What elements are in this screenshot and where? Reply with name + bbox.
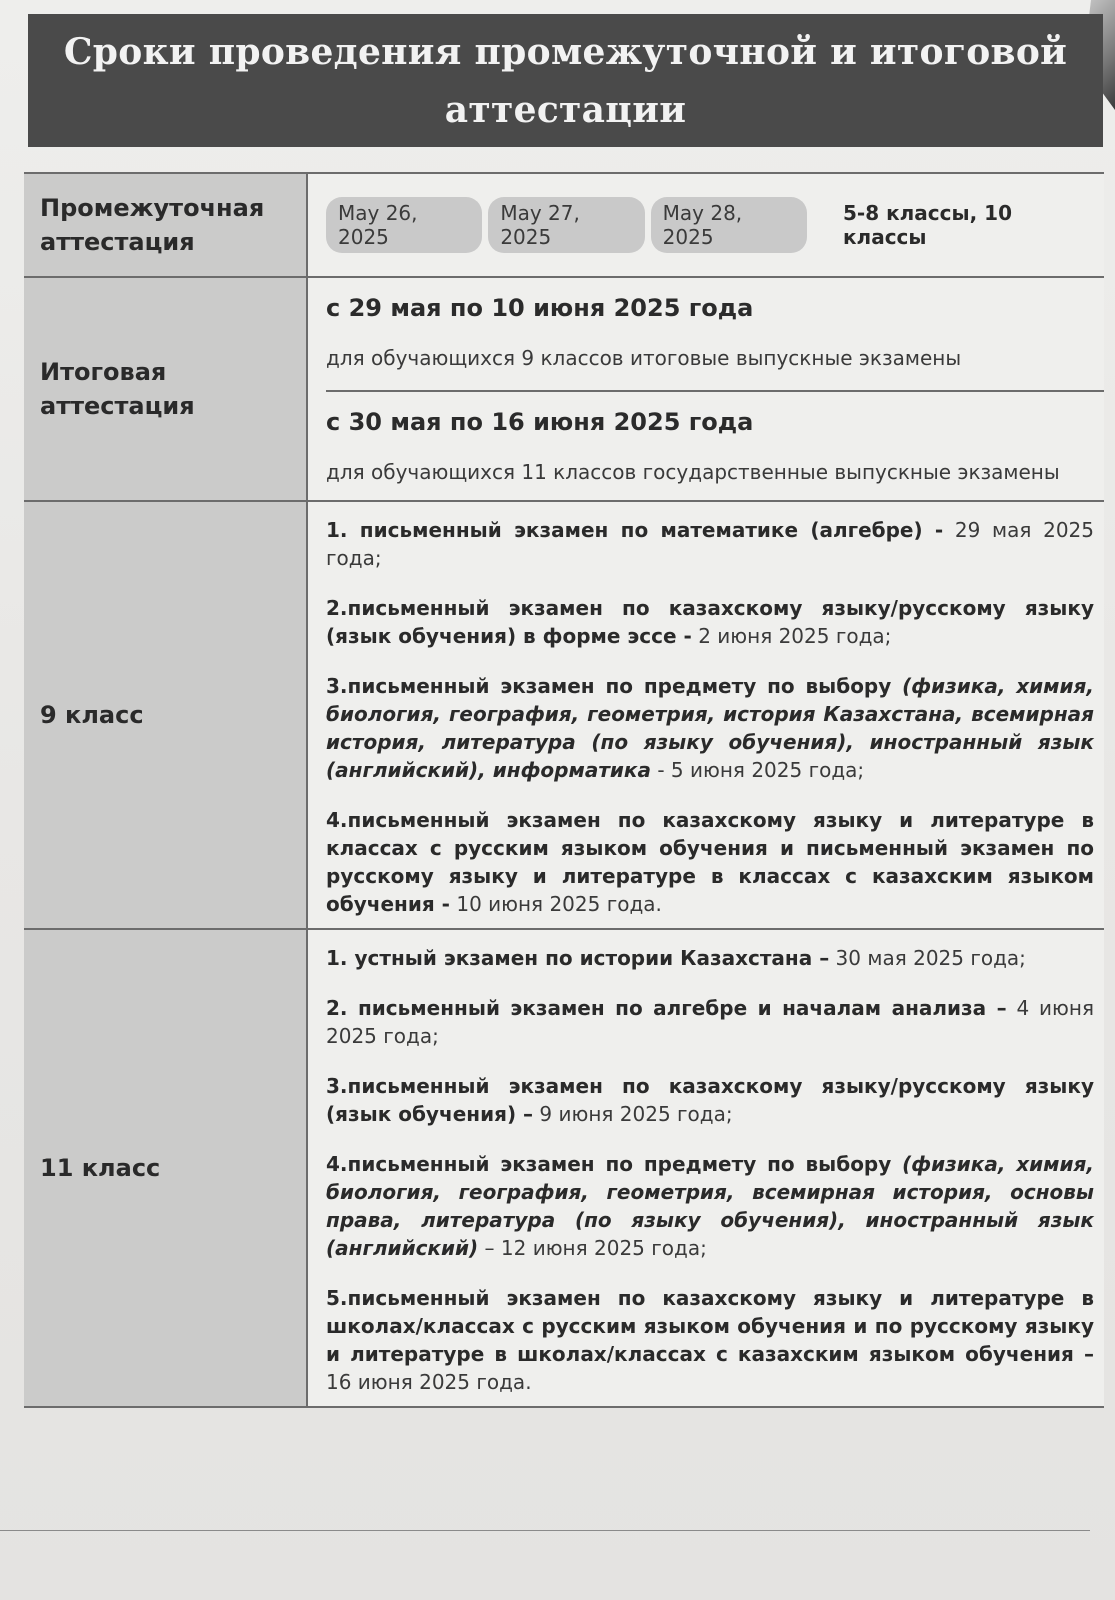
final-block-9: с 29 мая по 10 июня 2025 года для обучаю… (326, 278, 1104, 386)
exam-item: 3.письменный экзамен по предмету по выбо… (326, 672, 1094, 784)
document-page: Сроки проведения промежуточной и итогово… (0, 0, 1115, 1600)
exam-item: 4.письменный экзамен по казахскому языку… (326, 806, 1094, 918)
grade9-label: 9 класс (24, 501, 307, 929)
final-description: для обучающихся 11 классов государственн… (326, 460, 1104, 484)
table-row-final: Итоговая аттестация с 29 мая по 10 июня … (24, 277, 1104, 501)
final-label: Итоговая аттестация (24, 277, 307, 501)
final-block-11: с 30 мая по 16 июня 2025 года для обучаю… (326, 392, 1104, 500)
grade11-label: 11 класс (24, 929, 307, 1407)
exam-item: 5.письменный экзамен по казахскому языку… (326, 1284, 1094, 1396)
date-chip[interactable]: May 26, 2025 (326, 197, 482, 253)
date-chip[interactable]: May 28, 2025 (651, 197, 807, 253)
intermediate-grades-note: 5-8 классы, 10 классы (843, 201, 1094, 249)
exam-item: 1. устный экзамен по истории Казахстана … (326, 944, 1094, 972)
intermediate-label: Промежуточная аттестация (24, 173, 307, 277)
grade9-exam-list: 1. письменный экзамен по математике (алг… (326, 502, 1094, 928)
intermediate-dates: May 26, 2025 May 27, 2025 May 28, 2025 5… (326, 197, 1094, 253)
page-bottom-rule (0, 1530, 1090, 1531)
final-period: с 29 мая по 10 июня 2025 года (326, 294, 1104, 322)
table-row-grade11: 11 класс 1. устный экзамен по истории Ка… (24, 929, 1104, 1407)
exam-item: 2. письменный экзамен по алгебре и начал… (326, 994, 1094, 1050)
grade11-exam-list: 1. устный экзамен по истории Казахстана … (326, 930, 1094, 1406)
title-banner: Сроки проведения промежуточной и итогово… (28, 14, 1103, 147)
date-chip[interactable]: May 27, 2025 (488, 197, 644, 253)
exam-item: 2.письменный экзамен по казахскому языку… (326, 594, 1094, 650)
document-title-line2: аттестации (445, 81, 686, 139)
table-row-grade9: 9 класс 1. письменный экзамен по математ… (24, 501, 1104, 929)
exam-item: 3.письменный экзамен по казахскому языку… (326, 1072, 1094, 1128)
document-title-line1: Сроки проведения промежуточной и итогово… (64, 23, 1067, 81)
final-description: для обучающихся 9 классов итоговые выпус… (326, 346, 1104, 370)
attestation-schedule-table: Промежуточная аттестация May 26, 2025 Ma… (24, 172, 1104, 1408)
exam-item: 4.письменный экзамен по предмету по выбо… (326, 1150, 1094, 1262)
final-period: с 30 мая по 16 июня 2025 года (326, 408, 1104, 436)
table-row-intermediate: Промежуточная аттестация May 26, 2025 Ma… (24, 173, 1104, 277)
exam-item: 1. письменный экзамен по математике (алг… (326, 516, 1094, 572)
